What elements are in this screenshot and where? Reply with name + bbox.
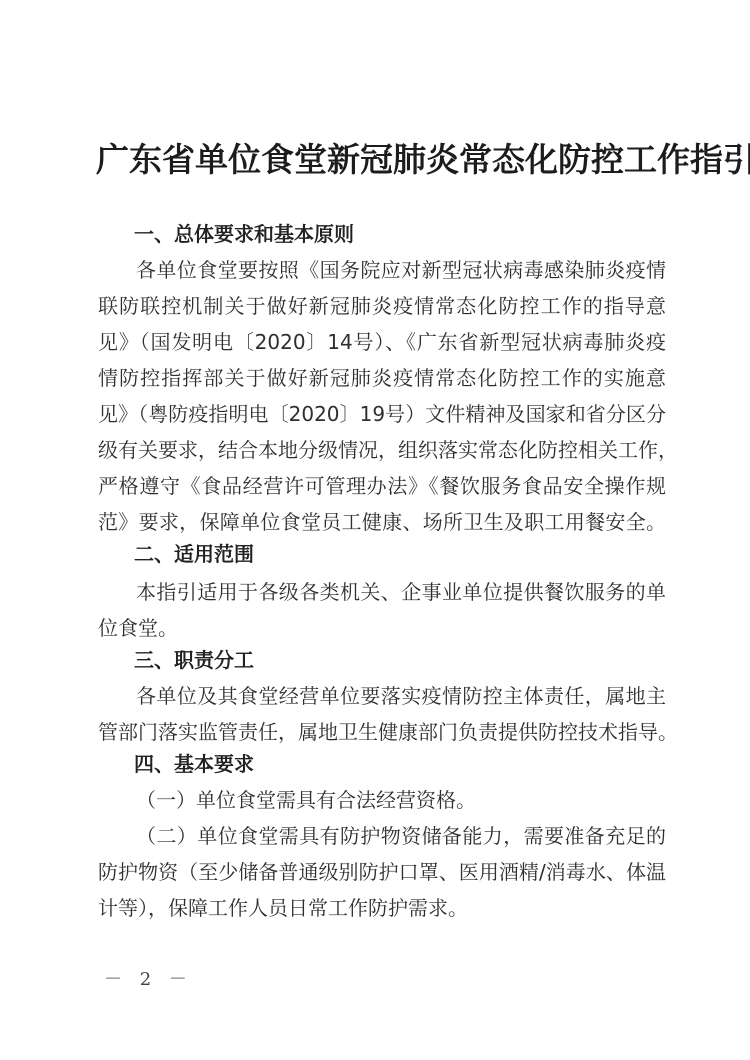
paragraph-line: 联防联控机制关于做好新冠肺炎疫情常态化防控工作的指导意 — [98, 292, 666, 320]
paragraph-line: 计等），保障工作人员日常工作防护需求。 — [98, 894, 666, 922]
paragraph-line: （一）单位食堂需具有合法经营资格。 — [136, 786, 666, 814]
paragraph-line: （二）单位食堂需具有防护物资储备能力，需要准备充足的 — [136, 822, 666, 850]
document-page: 广东省单位食堂新冠肺炎常态化防控工作指引 一、总体要求和基本原则 各单位食堂要按… — [0, 0, 750, 1060]
paragraph-line: 情防控指挥部关于做好新冠肺炎疫情常态化防控工作的实施意 — [98, 364, 666, 392]
paragraph-line: 管部门落实监管责任，属地卫生健康部门负责提供防控技术指导。 — [98, 718, 666, 746]
document-title: 广东省单位食堂新冠肺炎常态化防控工作指引 — [96, 138, 676, 182]
paragraph-line: 位食堂。 — [98, 614, 666, 642]
paragraph-line: 范》要求，保障单位食堂员工健康、场所卫生及职工用餐安全。 — [98, 508, 666, 536]
paragraph-line: 各单位食堂要按照《国务院应对新型冠状病毒感染肺炎疫情 — [136, 256, 666, 284]
section-heading-4: 四、基本要求 — [134, 750, 254, 778]
paragraph-line: 见》（国发明电〔2020〕14号）、《广东省新型冠状病毒肺炎疫 — [98, 328, 666, 356]
page-number: － 2 － — [104, 965, 193, 991]
section-heading-3: 三、职责分工 — [134, 646, 254, 674]
section-heading-2: 二、适用范围 — [134, 540, 254, 568]
paragraph-line: 本指引适用于各级各类机关、企事业单位提供餐饮服务的单 — [136, 578, 666, 606]
paragraph-line: 防护物资（至少储备普通级别防护口罩、医用酒精/消毒水、体温 — [98, 858, 666, 886]
paragraph-line: 严格遵守《食品经营许可管理办法》《餐饮服务食品安全操作规 — [98, 472, 666, 500]
paragraph-line: 各单位及其食堂经营单位要落实疫情防控主体责任，属地主 — [136, 682, 666, 710]
paragraph-line: 见》（粤防疫指明电〔2020〕19号）文件精神及国家和省分区分 — [98, 400, 666, 428]
section-heading-1: 一、总体要求和基本原则 — [134, 220, 354, 248]
paragraph-line: 级有关要求，结合本地分级情况，组织落实常态化防控相关工作， — [98, 436, 666, 464]
